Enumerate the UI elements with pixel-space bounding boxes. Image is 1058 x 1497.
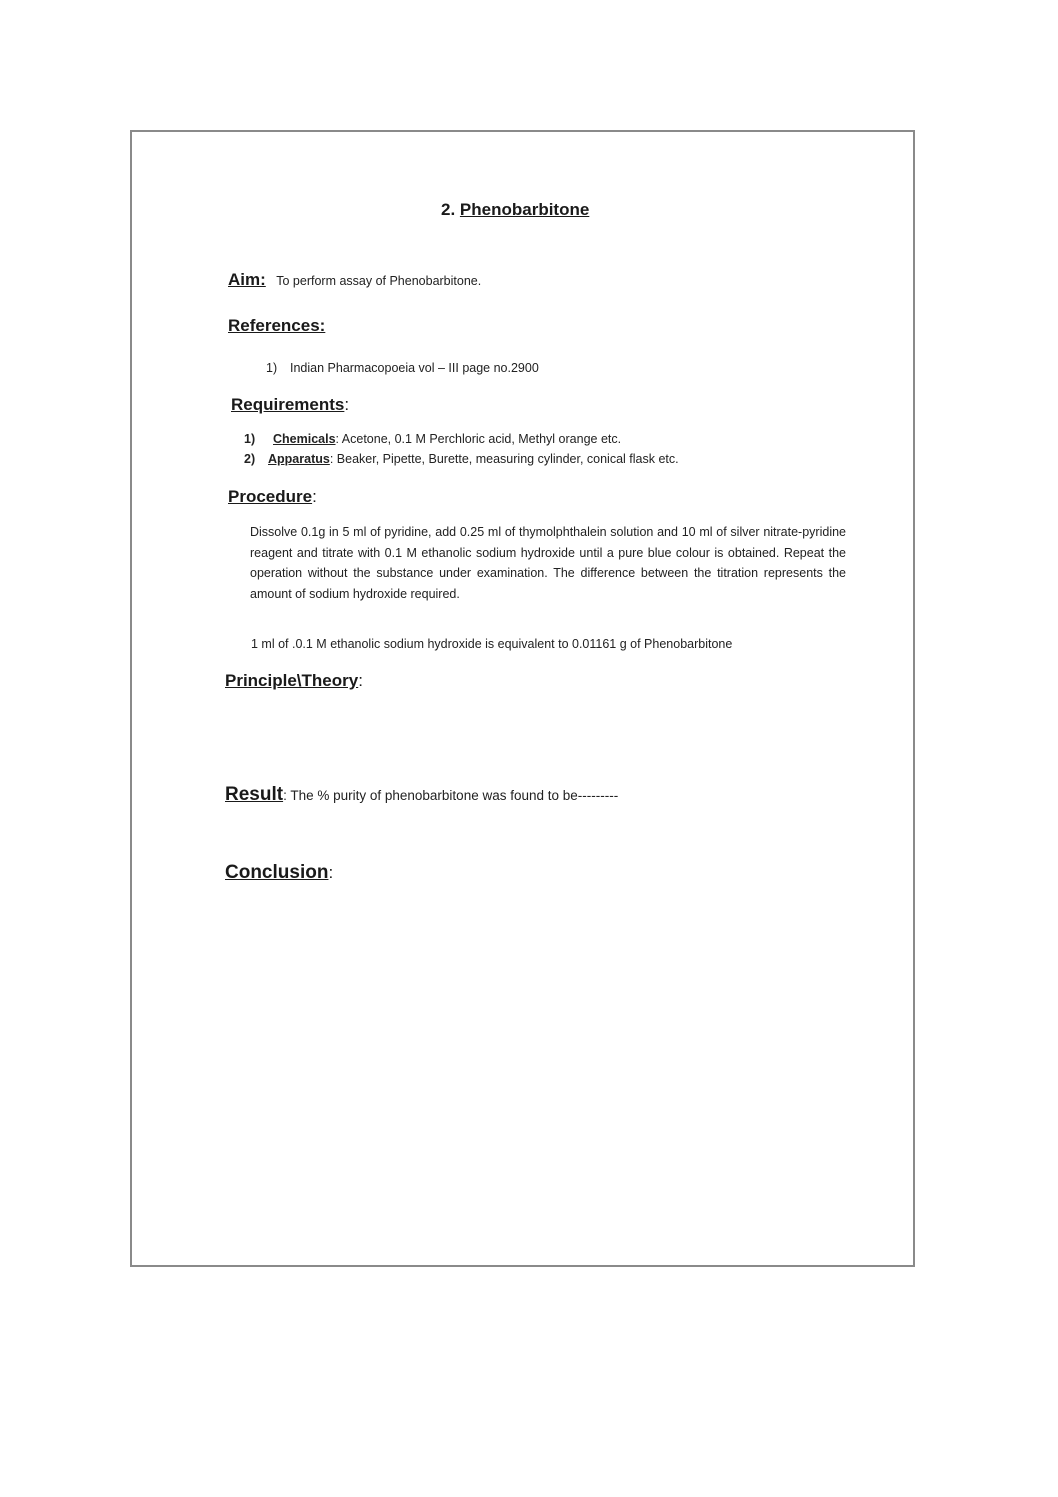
page-border bbox=[130, 130, 915, 1267]
aim-heading: Aim: bbox=[228, 270, 266, 289]
title-text: Phenobarbitone bbox=[460, 200, 589, 219]
result-heading: Result bbox=[225, 784, 283, 805]
page-title: 2. Phenobarbitone bbox=[441, 200, 589, 220]
aim-text: To perform assay of Phenobarbitone. bbox=[276, 274, 481, 288]
principle-section: Principle\Theory: bbox=[225, 671, 363, 691]
references-heading: References: bbox=[228, 316, 325, 336]
requirement-item-apparatus: 2)Apparatus: Beaker, Pipette, Burette, m… bbox=[244, 452, 679, 466]
requirements-section: Requirements: bbox=[231, 395, 349, 415]
procedure-heading: Procedure bbox=[228, 487, 312, 506]
conclusion-heading: Conclusion bbox=[225, 862, 328, 883]
procedure-text: Dissolve 0.1g in 5 ml of pyridine, add 0… bbox=[250, 522, 846, 604]
equivalence-text: 1 ml of .0.1 M ethanolic sodium hydroxid… bbox=[251, 637, 732, 651]
title-number: 2. bbox=[441, 200, 455, 219]
result-text: : The % purity of phenobarbitone was fou… bbox=[283, 788, 618, 803]
requirement-item-chemicals: 1)Chemicals: Acetone, 0.1 M Perchloric a… bbox=[244, 432, 621, 446]
principle-heading: Principle\Theory bbox=[225, 671, 358, 690]
procedure-section: Procedure: bbox=[228, 487, 317, 507]
aim-section: Aim: To perform assay of Phenobarbitone. bbox=[228, 270, 481, 290]
result-section: Result: The % purity of phenobarbitone w… bbox=[225, 784, 618, 806]
reference-item: 1)Indian Pharmacopoeia vol – III page no… bbox=[266, 361, 539, 375]
conclusion-section: Conclusion: bbox=[225, 862, 333, 884]
requirements-heading: Requirements bbox=[231, 395, 344, 414]
